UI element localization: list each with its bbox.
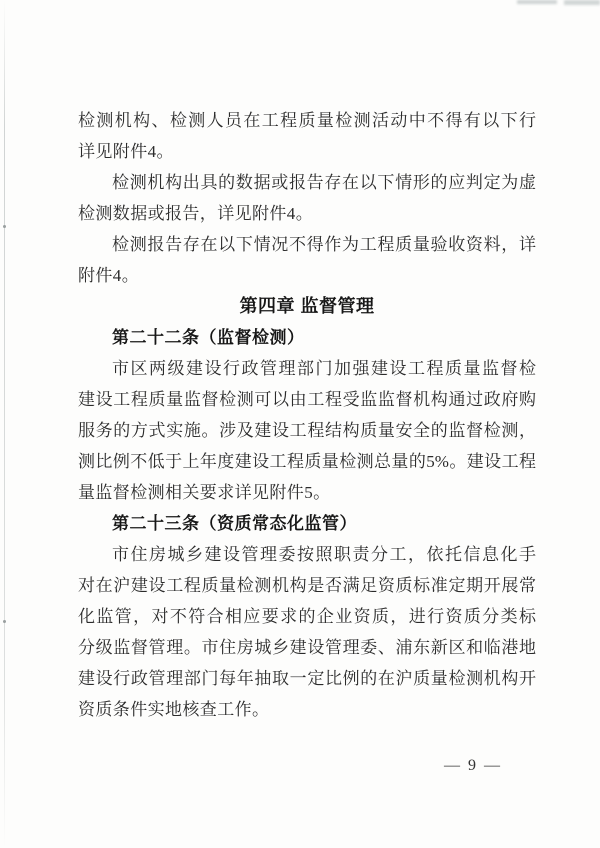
body-line: 化监管，对不符合相应要求的企业资质，进行资质分类标识、 xyxy=(78,601,536,632)
scan-artifact xyxy=(517,0,557,4)
article-heading: 第二十二条（监督检测） xyxy=(78,322,536,353)
body-line: 检测报告存在以下情况不得作为工程质量验收资料，详见 xyxy=(78,229,536,260)
body-line: 服务的方式实施。涉及建设工程结构质量安全的监督检测，检 xyxy=(78,415,536,446)
body-line: 建设行政管理部门每年抽取一定比例的在沪质量检测机构开展 xyxy=(78,663,536,694)
scan-artifact xyxy=(564,0,600,5)
body-line: 市住房城乡建设管理委按照职责分工，依托信息化手段， xyxy=(78,539,536,570)
body-line: 量监督检测相关要求详见附件5。 xyxy=(78,477,536,508)
body-line: 分级监督管理。市住房城乡建设管理委、浦东新区和临港地区 xyxy=(78,632,536,663)
body-line: 检测机构出具的数据或报告存在以下情形的应判定为虚假 xyxy=(78,167,536,198)
body-line: 详见附件4。 xyxy=(78,136,536,167)
body-line: 附件4。 xyxy=(78,260,536,291)
page-number: — 9 — xyxy=(400,755,546,777)
scan-edge-line xyxy=(4,0,5,848)
body-line: 市区两级建设行政管理部门加强建设工程质量监督检测。 xyxy=(78,353,536,384)
article-heading: 第二十三条（资质常态化监管） xyxy=(78,508,536,539)
body-line: 测比例不低于上年度建设工程质量检测总量的5%。建设工程质 xyxy=(78,446,536,477)
body-line: 检测数据或报告，详见附件4。 xyxy=(78,198,536,229)
scan-speck xyxy=(3,225,6,228)
body-line: 建设工程质量监督检测可以由工程受监监督机构通过政府购买 xyxy=(78,384,536,415)
body-line: 资质条件实地核查工作。 xyxy=(78,694,536,725)
chapter-heading: 第四章 监督管理 xyxy=(78,291,536,322)
document-body: 检测机构、检测人员在工程质量检测活动中不得有以下行为， 详见附件4。 检测机构出… xyxy=(78,105,536,725)
body-line: 对在沪建设工程质量检测机构是否满足资质标准定期开展常态 xyxy=(78,570,536,601)
scan-speck xyxy=(3,620,6,623)
body-line: 检测机构、检测人员在工程质量检测活动中不得有以下行为， xyxy=(78,105,536,136)
document-page: 检测机构、检测人员在工程质量检测活动中不得有以下行为， 详见附件4。 检测机构出… xyxy=(0,0,600,848)
